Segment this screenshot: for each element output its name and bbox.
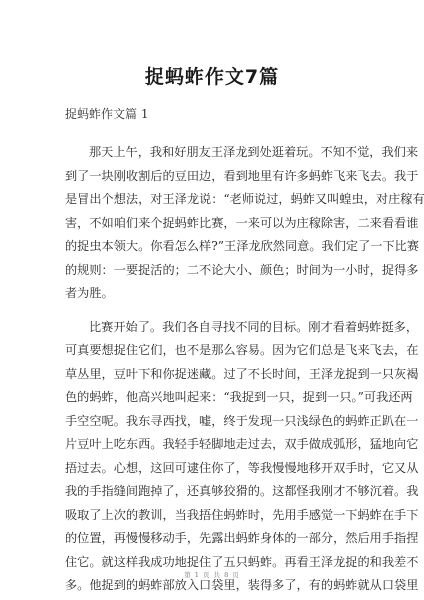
text-line: 的规则：一要捉活的；二不论大小、颜色；时间为一小时，捉得多 <box>65 259 361 283</box>
body-text: 那天上午，我和好朋友王泽龙到处逛着玩。不知不觉，我们来 到了一块刚收割后的豆田边… <box>65 141 361 598</box>
text-line: 片豆叶上吃东西。我轻手轻脚地走过去，双手做成弧形，猛地向它 <box>65 433 361 457</box>
text-line: 色的蚂蚱，他高兴地叫起来：“我捉到一只，捉到一只。”可我还两 <box>65 386 361 410</box>
section-heading: 捉蚂蚱作文篇 1 <box>65 105 148 122</box>
text-line: 我的手指缝间跑掉了，还真够狡猾的。这都怪我刚才不够沉着。我 <box>65 480 361 504</box>
text-line: 的位置，再慢慢移动手，先露出蚂蚱身体的一部分，然后用手指捏 <box>65 527 361 551</box>
text-line: 那天上午，我和好朋友王泽龙到处逛着玩。不知不觉，我们来 <box>65 141 361 165</box>
page-footer: 第 1 页 共 8 页 <box>0 570 424 579</box>
text-line: 的捉虫本领大。你看怎么样?”王泽龙欣然同意。我们定了一下比赛 <box>65 235 361 259</box>
document-page: 捉蚂蚱作文7篇 捉蚂蚱作文篇 1 那天上午，我和好朋友王泽龙到处逛着玩。不知不觉… <box>0 0 424 600</box>
paragraph-1: 那天上午，我和好朋友王泽龙到处逛着玩。不知不觉，我们来 到了一块刚收割后的豆田边… <box>65 141 361 306</box>
text-line: 可真要想捉住它们，也不是那么容易。因为它们总是飞来飞去，在 <box>65 339 361 363</box>
text-line: 捂过去。心想，这回可逮住你了，等我慢慢地移开双手时，它又从 <box>65 457 361 481</box>
paragraph-2: 比赛开始了。我们各自寻找不同的目标。刚才看着蚂蚱挺多， 可真要想捉住它们，也不是… <box>65 316 361 598</box>
text-line: 手空空呢。我东寻西找，嘘，终于发现一只浅绿色的蚂蚱正趴在一 <box>65 410 361 434</box>
text-line: 比赛开始了。我们各自寻找不同的目标。刚才看着蚂蚱挺多， <box>65 316 361 340</box>
text-line: 吸取了上次的教训，当我捂住蚂蚱时，先用手感觉一下蚂蚱在手下 <box>65 504 361 528</box>
document-title: 捉蚂蚱作文7篇 <box>0 62 424 89</box>
text-line: 者为胜。 <box>65 282 361 306</box>
text-line: 到了一块刚收割后的豆田边，看到地里有许多蚂蚱飞来飞去。我于 <box>65 165 361 189</box>
paragraph-gap <box>65 306 361 316</box>
text-line: 是冒出个想法，对王泽龙说：“老师说过，蚂蚱又叫蝗虫，对庄稼有 <box>65 188 361 212</box>
text-line: 草丛里，豆叶下和你捉迷藏。过了不长时间，王泽龙捉到一只灰褐 <box>65 363 361 387</box>
text-line: 害，不如咱们来个捉蚂蚱比赛，一来可以为庄稼除害，二来看看谁 <box>65 212 361 236</box>
